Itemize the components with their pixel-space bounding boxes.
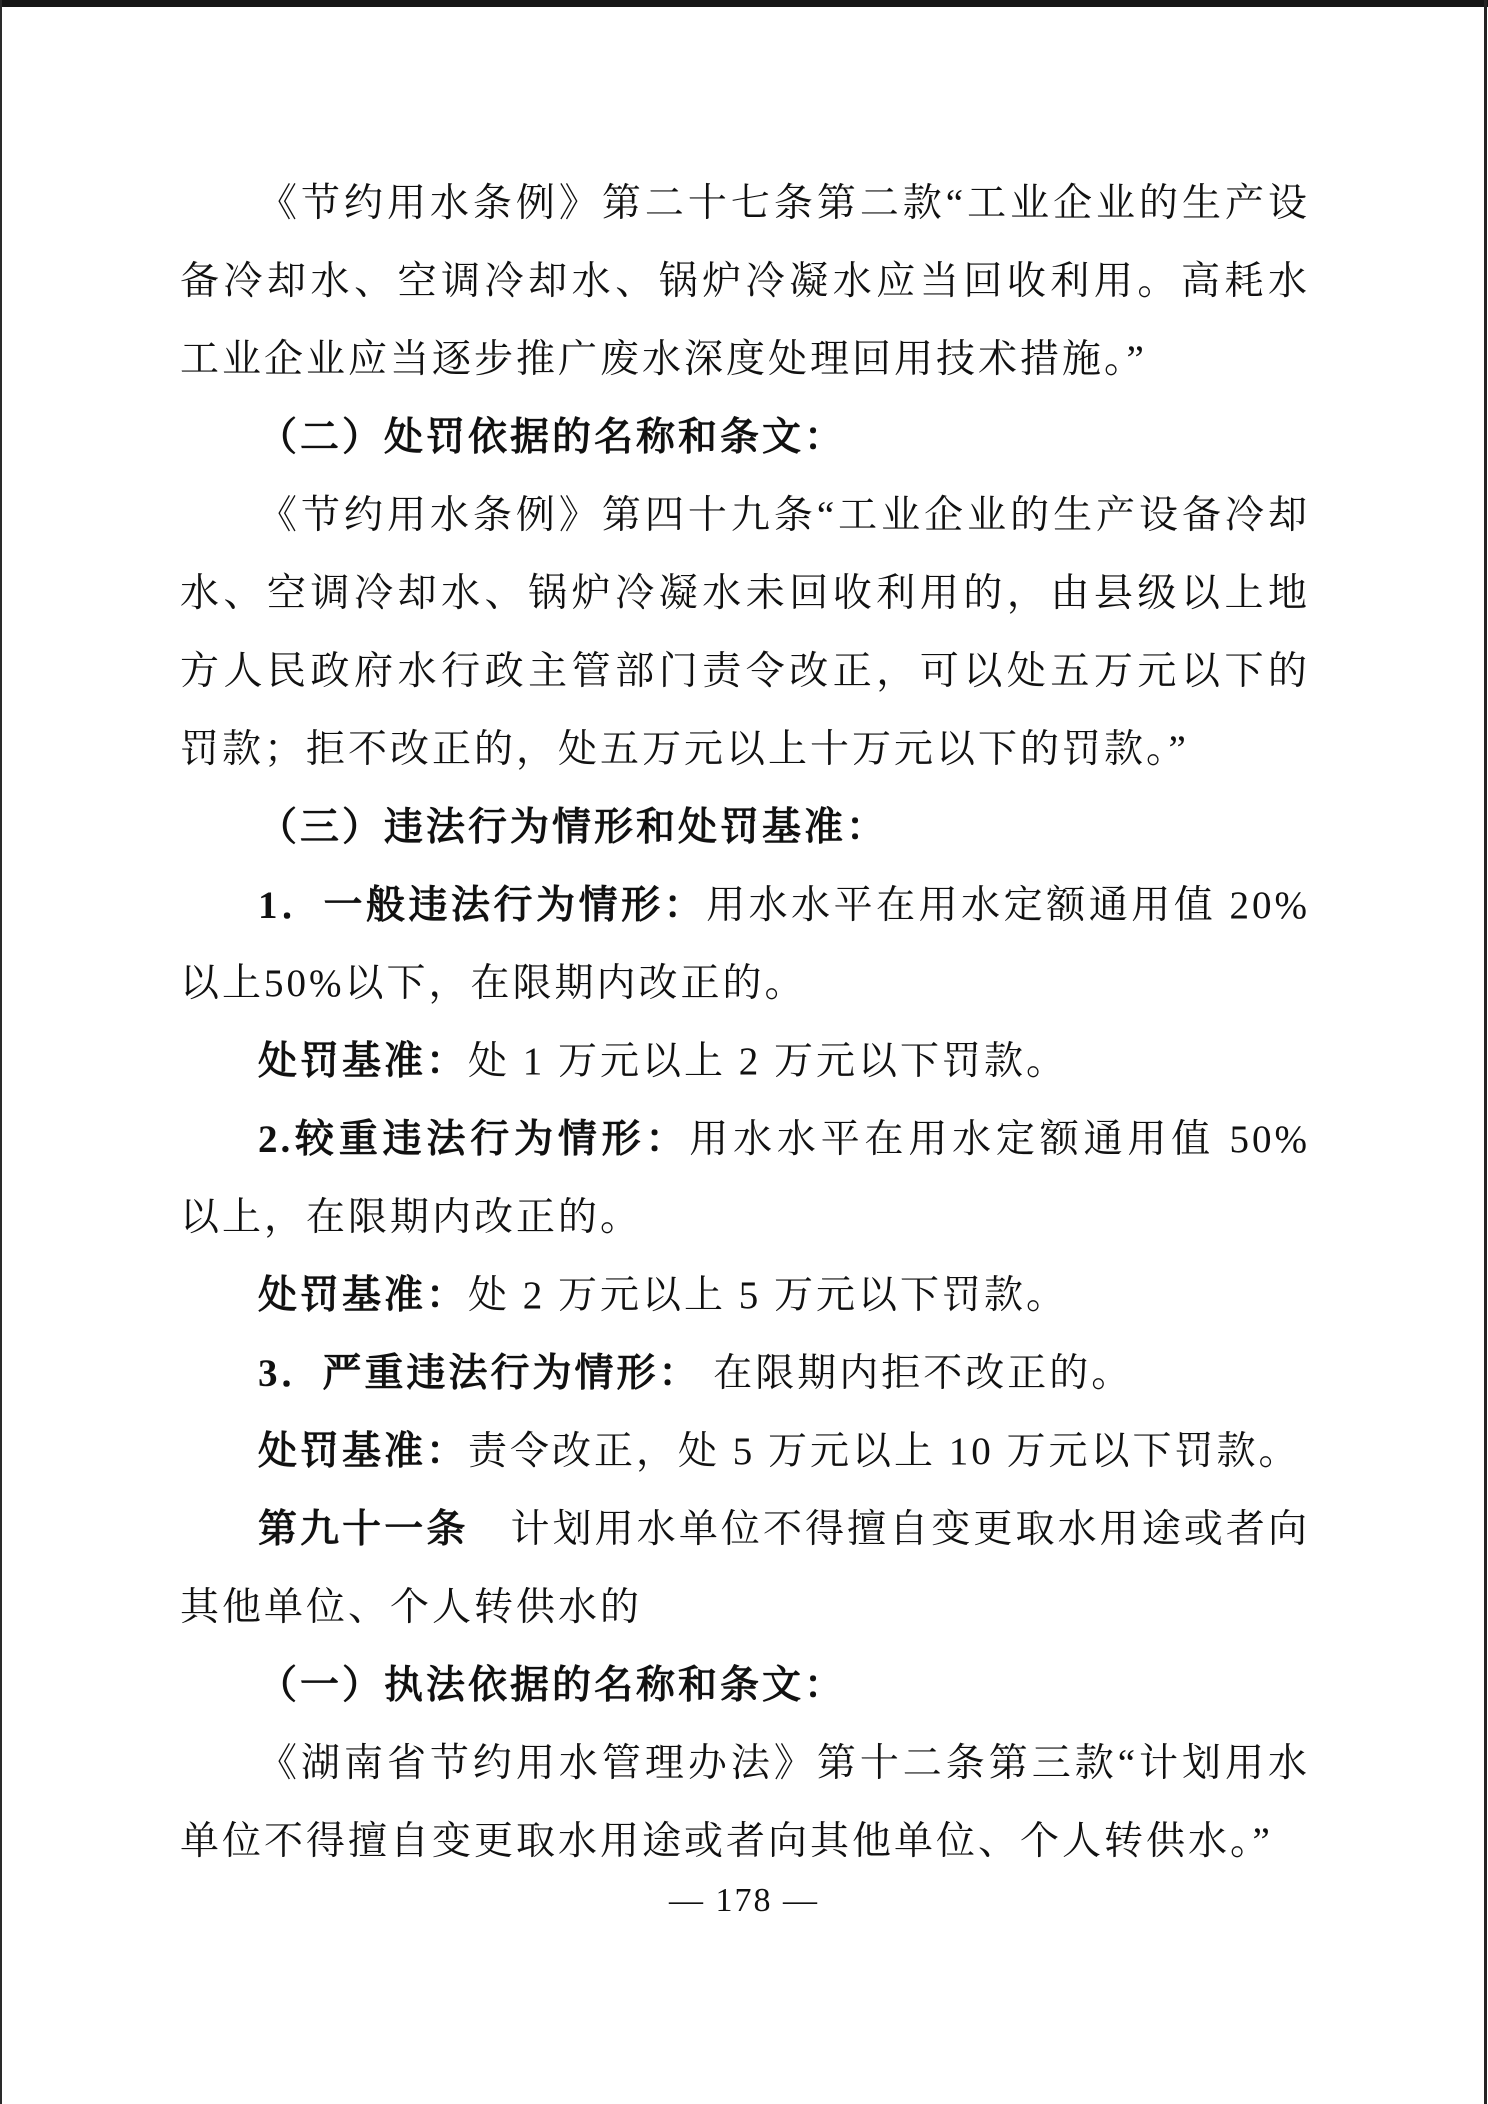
paragraph-lead: 处罚基准： xyxy=(258,1274,468,1317)
paragraph-hunan-measures: 《湖南省节约用水管理办法》第十二条第三款“计划用水单位不得擅自变更取水用途或者向… xyxy=(180,1725,1310,1881)
paragraph-lead: 处罚基准： xyxy=(258,1040,468,1083)
page-number: — 178 — xyxy=(0,1882,1488,1920)
heading-violation-criteria: （三）违法行为情形和处罚基准： xyxy=(180,789,1310,867)
paragraph-violation-severe: 3．严重违法行为情形： 在限期内拒不改正的。 xyxy=(180,1335,1310,1413)
heading-text: （三）违法行为情形和处罚基准： xyxy=(258,806,888,849)
paragraph-regulation-27: 《节约用水条例》第二十七条第二款“工业企业的生产设备冷却水、空调冷却水、锅炉冷凝… xyxy=(180,165,1310,399)
paragraph-text: 责令改正，处 5 万元以上 10 万元以下罚款。 xyxy=(468,1430,1301,1473)
paragraph-lead: 1．一般违法行为情形： xyxy=(258,884,706,927)
heading-text: （二）处罚依据的名称和条文： xyxy=(258,416,846,459)
paragraph-penalty-severe: 处罚基准：责令改正，处 5 万元以上 10 万元以下罚款。 xyxy=(180,1413,1310,1491)
body-text: 《节约用水条例》第二十七条第二款“工业企业的生产设备冷却水、空调冷却水、锅炉冷凝… xyxy=(180,165,1310,1881)
article-number: 第九十一条 xyxy=(258,1508,468,1551)
paragraph-article-91: 第九十一条 计划用水单位不得擅自变更取水用途或者向其他单位、个人转供水的 xyxy=(180,1491,1310,1647)
paragraph-text: 《节约用水条例》第四十九条“工业企业的生产设备冷却水、空调冷却水、锅炉冷凝水未回… xyxy=(180,494,1310,771)
paragraph-text: 《湖南省节约用水管理办法》第十二条第三款“计划用水单位不得擅自变更取水用途或者向… xyxy=(180,1742,1310,1863)
scan-border-left xyxy=(0,0,2,2104)
paragraph-lead: 处罚基准： xyxy=(258,1430,468,1473)
scan-border-right xyxy=(1484,0,1487,2104)
document-page: 《节约用水条例》第二十七条第二款“工业企业的生产设备冷却水、空调冷却水、锅炉冷凝… xyxy=(0,0,1488,2104)
paragraph-penalty-serious: 处罚基准：处 2 万元以上 5 万元以下罚款。 xyxy=(180,1257,1310,1335)
paragraph-text: 在限期内拒不改正的。 xyxy=(701,1352,1134,1395)
paragraph-violation-general: 1．一般违法行为情形：用水水平在用水定额通用值 20%以上50%以下，在限期内改… xyxy=(180,867,1310,1023)
paragraph-lead: 3．严重违法行为情形： xyxy=(258,1352,701,1395)
paragraph-violation-serious: 2.较重违法行为情形：用水水平在用水定额通用值 50%以上，在限期内改正的。 xyxy=(180,1101,1310,1257)
paragraph-text: 处 1 万元以上 2 万元以下罚款。 xyxy=(468,1040,1068,1083)
paragraph-lead: 2.较重违法行为情形： xyxy=(258,1118,689,1161)
heading-text: （一）执法依据的名称和条文： xyxy=(258,1664,846,1707)
paragraph-penalty-general: 处罚基准：处 1 万元以上 2 万元以下罚款。 xyxy=(180,1023,1310,1101)
paragraph-text: 处 2 万元以上 5 万元以下罚款。 xyxy=(468,1274,1068,1317)
heading-penalty-basis: （二）处罚依据的名称和条文： xyxy=(180,399,1310,477)
paragraph-text: 《节约用水条例》第二十七条第二款“工业企业的生产设备冷却水、空调冷却水、锅炉冷凝… xyxy=(180,182,1310,381)
heading-enforcement-basis: （一）执法依据的名称和条文： xyxy=(180,1647,1310,1725)
scan-border-top xyxy=(0,0,1488,7)
paragraph-regulation-49: 《节约用水条例》第四十九条“工业企业的生产设备冷却水、空调冷却水、锅炉冷凝水未回… xyxy=(180,477,1310,789)
